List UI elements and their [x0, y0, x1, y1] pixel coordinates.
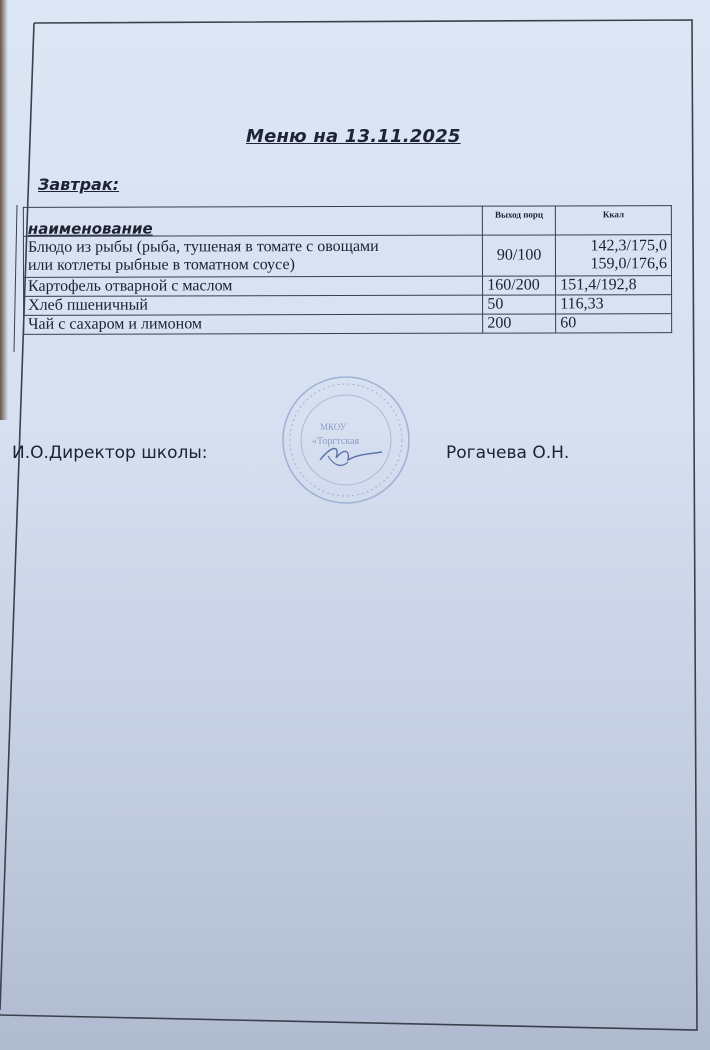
- stamp-text-line2: «Торгтская: [312, 436, 359, 447]
- dish-kcal: 60: [556, 314, 672, 333]
- dish-kcal-line2: 159,0/176,6: [560, 255, 667, 273]
- table-row: Хлеб пшеничный 50 116,33: [24, 295, 672, 316]
- header-name: наименование: [23, 206, 482, 236]
- director-label: И.О.Директор школы:: [12, 443, 208, 463]
- dish-output: 160/200: [483, 276, 556, 295]
- page-border-frame: [0, 0, 710, 1050]
- dish-output: 50: [483, 295, 556, 314]
- director-name: Рогачева О.Н.: [446, 443, 569, 463]
- menu-table: наименование Выход порц Ккал Блюдо из ры…: [23, 205, 672, 335]
- table-row: Блюдо из рыбы (рыба, тушеная в томате с …: [23, 235, 671, 278]
- header-output: Выход порц: [483, 206, 556, 235]
- table-row: Картофель отварной с маслом 160/200 151,…: [24, 276, 672, 297]
- table-row: Чай с сахаром и лимоном 200 60: [24, 314, 672, 335]
- dish-kcal-line1: 142,3/175,0: [560, 237, 667, 255]
- dish-name-line2: или котлеты рыбные в томатном соусе): [28, 256, 478, 275]
- dish-kcal: 142,3/175,0 159,0/176,6: [556, 235, 672, 276]
- dish-output: 200: [483, 314, 556, 333]
- table-header-row: наименование Выход порц Ккал: [23, 206, 671, 237]
- dish-output: 90/100: [483, 235, 556, 276]
- dish-name: Чай с сахаром и лимоном: [24, 314, 483, 334]
- section-heading-breakfast: Завтрак:: [38, 175, 119, 194]
- dish-kcal: 151,4/192,8: [556, 276, 672, 295]
- dish-name: Картофель отварной с маслом: [24, 276, 483, 296]
- menu-title: Меню на 13.11.2025: [246, 126, 461, 147]
- dish-kcal: 116,33: [556, 295, 672, 314]
- dish-name: Блюдо из рыбы (рыба, тушеная в томате с …: [23, 235, 482, 277]
- dish-name-line1: Блюдо из рыбы (рыба, тушеная в томате с …: [28, 238, 478, 257]
- stamp-text-line1: МКОУ: [320, 422, 346, 432]
- header-kcal: Ккал: [555, 206, 671, 235]
- dish-name: Хлеб пшеничный: [24, 295, 483, 315]
